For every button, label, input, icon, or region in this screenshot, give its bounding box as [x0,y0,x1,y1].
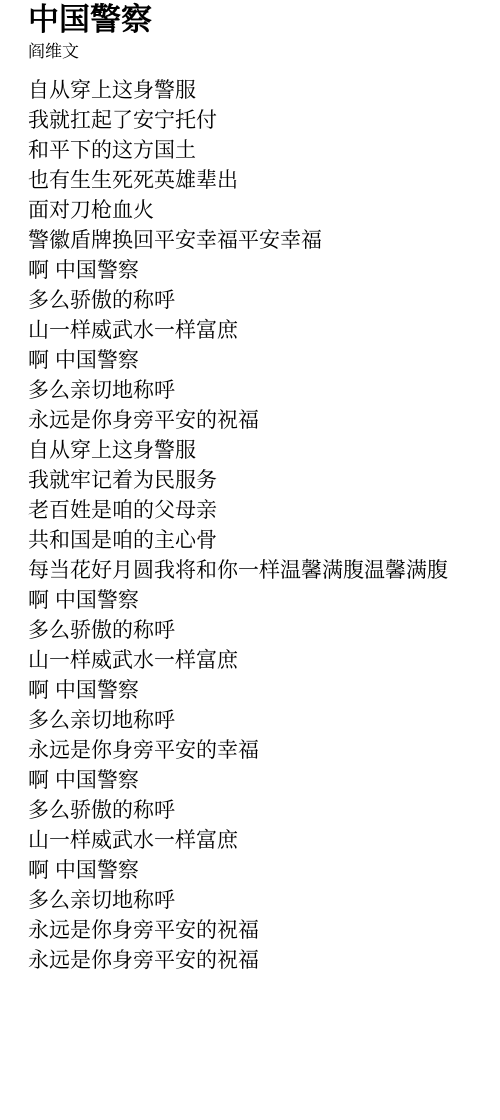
lyric-line: 面对刀枪血火 [28,196,490,226]
lyric-line: 啊 中国警察 [28,346,490,376]
lyric-line: 多么骄傲的称呼 [28,286,490,316]
lyric-line: 啊 中国警察 [28,766,490,796]
lyric-line: 每当花好月圆我将和你一样温馨满腹温馨满腹 [28,556,490,586]
lyric-line: 自从穿上这身警服 [28,76,490,106]
lyric-line: 永远是你身旁平安的祝福 [28,946,490,976]
lyric-line: 也有生生死死英雄辈出 [28,166,490,196]
lyric-line: 多么亲切地称呼 [28,376,490,406]
lyric-line: 和平下的这方国土 [28,136,490,166]
lyric-line: 多么亲切地称呼 [28,706,490,736]
lyric-line: 啊 中国警察 [28,856,490,886]
lyric-line: 永远是你身旁平安的祝福 [28,916,490,946]
lyric-line: 老百姓是咱的父母亲 [28,496,490,526]
song-artist: 阎维文 [28,40,490,64]
lyric-line: 啊 中国警察 [28,256,490,286]
lyric-line: 共和国是咱的主心骨 [28,526,490,556]
lyrics-page: 中国警察 阎维文 自从穿上这身警服我就扛起了安宁托付和平下的这方国土也有生生死死… [0,0,500,1120]
lyric-line: 山一样威武水一样富庶 [28,646,490,676]
lyric-line: 啊 中国警察 [28,676,490,706]
lyric-line: 山一样威武水一样富庶 [28,826,490,856]
lyric-line: 多么亲切地称呼 [28,886,490,916]
lyric-line: 多么骄傲的称呼 [28,796,490,826]
lyric-line: 永远是你身旁平安的祝福 [28,406,490,436]
lyric-line: 我就扛起了安宁托付 [28,106,490,136]
lyric-line: 警徽盾牌换回平安幸福平安幸福 [28,226,490,256]
lyric-line: 山一样威武水一样富庶 [28,316,490,346]
lyrics-body: 自从穿上这身警服我就扛起了安宁托付和平下的这方国土也有生生死死英雄辈出面对刀枪血… [28,76,490,976]
song-title: 中国警察 [28,0,490,40]
lyric-line: 永远是你身旁平安的幸福 [28,736,490,766]
lyric-line: 我就牢记着为民服务 [28,466,490,496]
lyric-line: 自从穿上这身警服 [28,436,490,466]
lyric-line: 多么骄傲的称呼 [28,616,490,646]
lyric-line: 啊 中国警察 [28,586,490,616]
